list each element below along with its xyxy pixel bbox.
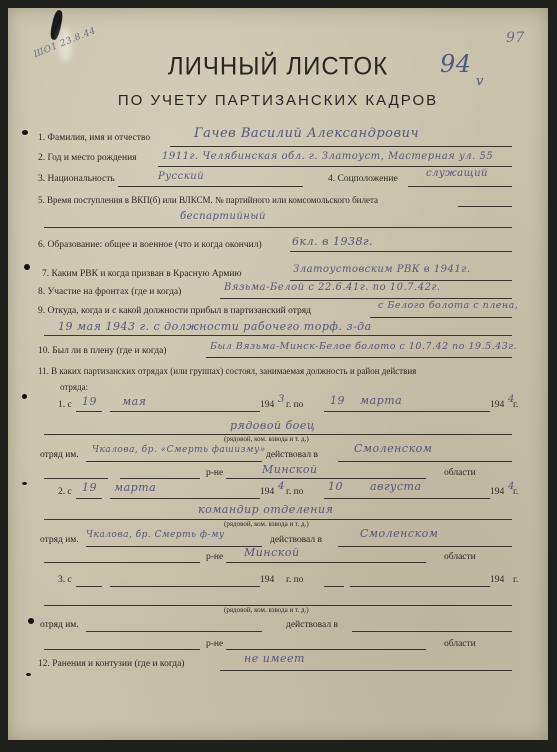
- field-3-value: Русский: [158, 171, 204, 182]
- field-8-label: 8. Участие на фронтах (где и когда): [38, 287, 181, 297]
- det1-to-day: 19: [330, 394, 345, 407]
- det1-to-label: г. по: [286, 400, 303, 410]
- det3-num: 3. с: [58, 575, 72, 585]
- det3-acted-label: действовал в: [286, 620, 338, 630]
- field-6-label: 6. Образование: общее и военное (что и к…: [38, 240, 262, 250]
- det2-to-year: 194: [490, 487, 504, 497]
- field-7-line: [290, 280, 512, 281]
- field-1-label: 1. Фамилия, имя и отчество: [38, 133, 150, 143]
- det2-day-line: [76, 498, 102, 499]
- det2-otryad-line: [86, 546, 262, 547]
- field-4-label: 4. Соцположение: [328, 174, 398, 184]
- field-12-label: 12. Ранения и контузии (где и когда): [38, 659, 184, 669]
- field-11-label: 11. В каких партизанских отрядах (или гр…: [38, 366, 416, 376]
- field-12-line: [220, 670, 512, 671]
- det1-otryad-line: [86, 461, 262, 462]
- det2-otryad: Чкалова, бр. Смерть ф-му: [86, 530, 225, 540]
- det3-rayon-label: р-не: [206, 639, 223, 649]
- field-2-value: 1911г. Челябинская обл. г. Златоуст, Мас…: [162, 151, 493, 162]
- det1-otryad-label: отряд им.: [40, 450, 79, 460]
- det1-num: 1. с: [58, 400, 72, 410]
- det2-area: Смоленском: [360, 527, 438, 540]
- field-6-line: [290, 251, 512, 252]
- det3-position-hint: (рядовой, ком. взвода и т. д.): [224, 606, 309, 614]
- det1-year-suffix: г.: [513, 400, 518, 410]
- det2-from-month: марта: [114, 481, 156, 494]
- det1-to-year: 194: [490, 400, 504, 410]
- det1-area: Смоленском: [354, 442, 432, 455]
- det1-region-line: [226, 478, 426, 479]
- det2-from-year-digit: 4: [278, 481, 285, 492]
- det1-from-month: мая: [122, 395, 146, 408]
- det1-area-line: [338, 461, 512, 462]
- det3-to-day-line: [324, 586, 344, 587]
- det2-from-year: 194: [260, 487, 274, 497]
- document-page: ШО1 23.8.44 97 94 v ЛИЧНЫЙ ЛИСТОК ПО УЧЕ…: [8, 8, 548, 740]
- page-number-pencil: 97: [506, 30, 525, 46]
- det3-to-month-line: [350, 586, 490, 587]
- field-5-line-a: [458, 206, 512, 207]
- field-7-label: 7. Каким РВК и когда призван в Красную А…: [42, 269, 242, 279]
- det1-from-day: 19: [82, 395, 97, 408]
- det3-to-label: г. по: [286, 575, 303, 585]
- det2-position-hint: (рядовой, ком. взвода и т. д.): [224, 520, 309, 528]
- det1-oblast-label: области: [444, 468, 476, 478]
- field-5-value: беспартийный: [180, 211, 266, 222]
- det1-month-line: [110, 411, 260, 412]
- det2-acted-label: действовал в: [270, 535, 322, 545]
- field-1-value: Гачев Василий Александрович: [194, 126, 419, 141]
- det1-to-day-line: [324, 411, 350, 412]
- field-10-value: Был Вязьма-Минск-Белое болото с 10.7.42 …: [210, 341, 517, 352]
- det1-from-year: 194: [260, 400, 274, 410]
- field-9-line-b: [44, 335, 512, 336]
- punch-mark: [28, 618, 34, 624]
- det2-month-line: [110, 498, 260, 499]
- field-5-line-b: [44, 227, 512, 228]
- punch-mark: [22, 394, 27, 399]
- document-subtitle: ПО УЧЕТУ ПАРТИЗАНСКИХ КАДРОВ: [8, 92, 548, 109]
- det3-otryad-label: отряд им.: [40, 620, 79, 630]
- det3-otryad-line: [86, 631, 262, 632]
- document-title: ЛИЧНЫЙ ЛИСТОК: [8, 52, 548, 81]
- det2-to-label: г. по: [286, 487, 303, 497]
- field-10-label: 10. Был ли в плену (где и когда): [38, 346, 167, 356]
- det2-to-month: августа: [370, 480, 422, 493]
- det3-oblast-label: области: [444, 639, 476, 649]
- det3-region-line: [226, 649, 426, 650]
- det2-num: 2. с: [58, 487, 72, 497]
- det2-to-day: 10: [328, 480, 343, 493]
- field-8-value: Вязьма-Белой с 22.6.41г. по 10.7.42г.: [224, 282, 441, 293]
- punch-mark: [24, 264, 30, 270]
- field-9-label: 9. Откуда, когда и с какой должности при…: [38, 306, 311, 316]
- det2-otryad-label: отряд им.: [40, 535, 79, 545]
- det1-day-line: [76, 411, 102, 412]
- punch-mark: [26, 673, 31, 676]
- det1-position: рядовой боец: [230, 419, 315, 432]
- det1-position-hint: (рядовой, ком. взвода и т. д.): [224, 435, 309, 443]
- det3-rayon-line: [44, 649, 200, 650]
- field-1-line: [170, 146, 512, 147]
- det1-otryad: Чкалова, бр. «Смерть фашизму»: [92, 445, 266, 455]
- det2-to-day-line: [324, 498, 350, 499]
- field-9-value-line1: с Белого болота с плена,: [378, 300, 518, 311]
- field-4-value: служащий: [426, 168, 488, 179]
- det2-region: Минской: [244, 546, 300, 559]
- det1-rayon-label: р-не: [206, 468, 223, 478]
- det1-rayon-line-b: [120, 478, 200, 479]
- det2-rayon-line: [44, 562, 200, 563]
- det2-to-month-line: [350, 498, 490, 499]
- field-9-value-line2: 19 мая 1943 г. с должности рабочего торф…: [58, 320, 372, 333]
- field-8-line: [220, 298, 512, 299]
- punch-mark: [22, 130, 28, 135]
- det3-day-line: [76, 586, 102, 587]
- det2-year-suffix: г.: [513, 487, 518, 497]
- det2-rayon-label: р-не: [206, 552, 223, 562]
- det2-from-day: 19: [82, 481, 97, 494]
- det3-to-year: 194: [490, 575, 504, 585]
- det1-from-year-digit: 3: [278, 394, 285, 405]
- det1-acted-label: действовал в: [266, 450, 318, 460]
- field-7-value: Златоустовским РВК в 1941г.: [293, 264, 470, 275]
- field-4-line: [408, 186, 512, 187]
- field-5-label: 5. Время поступления в ВКП(б) или ВЛКСМ.…: [38, 195, 378, 205]
- det1-rayon-line-a: [44, 478, 108, 479]
- field-2-label: 2. Год и место рождения: [38, 153, 137, 163]
- field-9-line-a: [370, 317, 512, 318]
- det1-to-month: марта: [360, 394, 402, 407]
- det3-from-year: 194: [260, 575, 274, 585]
- det2-region-line: [226, 562, 426, 563]
- punch-mark: [22, 482, 27, 485]
- det3-year-suffix: г.: [513, 575, 518, 585]
- det2-oblast-label: области: [444, 552, 476, 562]
- det3-area-line: [352, 631, 512, 632]
- field-3-line: [118, 186, 303, 187]
- det1-to-month-line: [350, 411, 490, 412]
- field-11-label-cont: отряда:: [60, 382, 88, 392]
- field-6-value: 6кл. в 1938г.: [292, 235, 373, 248]
- field-10-line: [206, 357, 512, 358]
- det3-month-line: [110, 586, 260, 587]
- field-3-label: 3. Национальность: [38, 174, 115, 184]
- det1-region: Минской: [262, 463, 318, 476]
- field-12-value: не имеет: [244, 652, 305, 665]
- field-2-line: [158, 166, 512, 167]
- det2-area-line: [338, 546, 512, 547]
- det2-position: командир отделения: [198, 503, 333, 516]
